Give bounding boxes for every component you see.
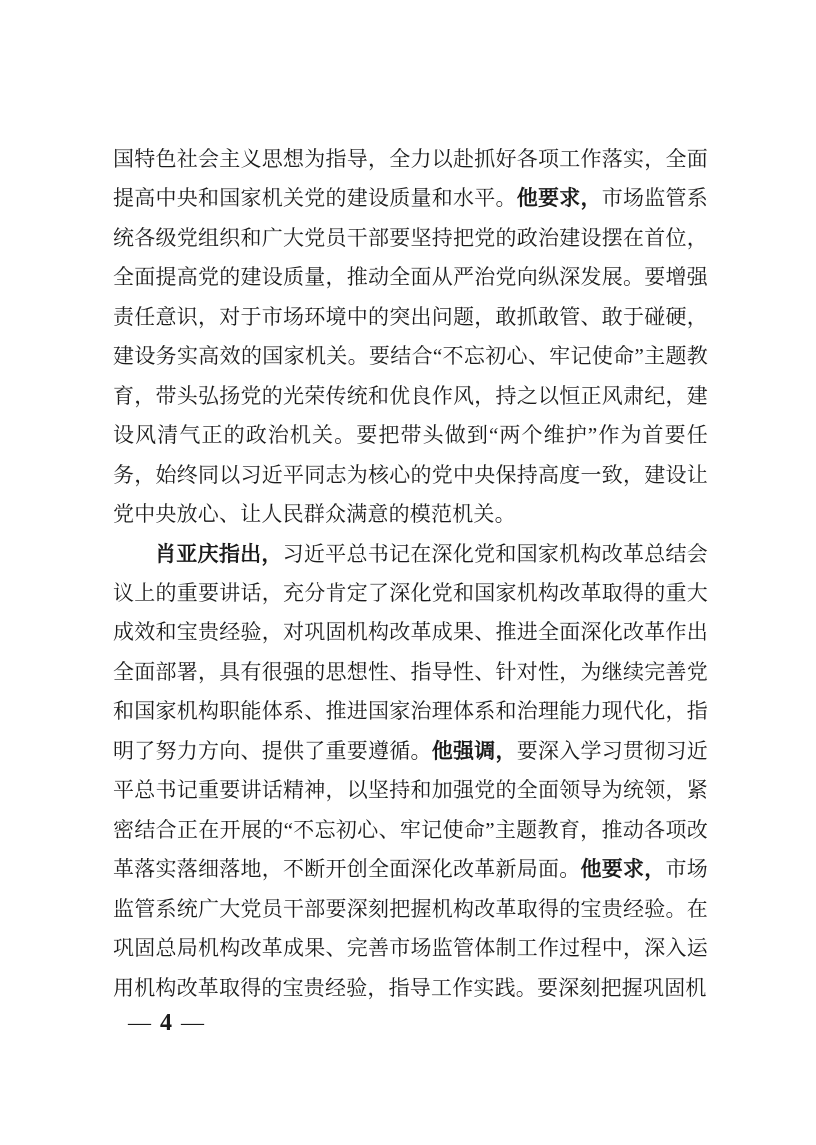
page-footer: —4— bbox=[128, 1010, 204, 1037]
paragraph: 国特色社会主义思想为指导，全力以赴抓好各项工作落实，全面提高中央和国家机关党的建… bbox=[113, 140, 708, 535]
speaker-emphasis-run: 肖亚庆指出， bbox=[155, 542, 283, 566]
document-page: 国特色社会主义思想为指导，全力以赴抓好各项工作落实，全面提高中央和国家机关党的建… bbox=[0, 0, 816, 1145]
document-body: 国特色社会主义思想为指导，全力以赴抓好各项工作落实，全面提高中央和国家机关党的建… bbox=[113, 140, 708, 1008]
paragraph: 肖亚庆指出，习近平总书记在深化党和国家机构改革总结会议上的重要讲话，充分肯定了深… bbox=[113, 535, 708, 1008]
speaker-emphasis-run: 他强调， bbox=[432, 739, 517, 763]
footer-dash-left: — bbox=[128, 1010, 151, 1035]
footer-dash-right: — bbox=[181, 1010, 204, 1035]
speaker-emphasis-run: 他要求， bbox=[517, 186, 602, 210]
body-text-run: 习近平总书记在深化党和国家机构改革总结会议上的重要讲话，充分肯定了深化党和国家机… bbox=[113, 542, 708, 763]
body-text-run: 市场监管系统各级党组织和广大党员干部要坚持把党的政治建设摆在首位，全面提高党的建… bbox=[113, 186, 708, 526]
speaker-emphasis-run: 他要求， bbox=[581, 857, 666, 881]
page-number: 4 bbox=[160, 1010, 172, 1036]
